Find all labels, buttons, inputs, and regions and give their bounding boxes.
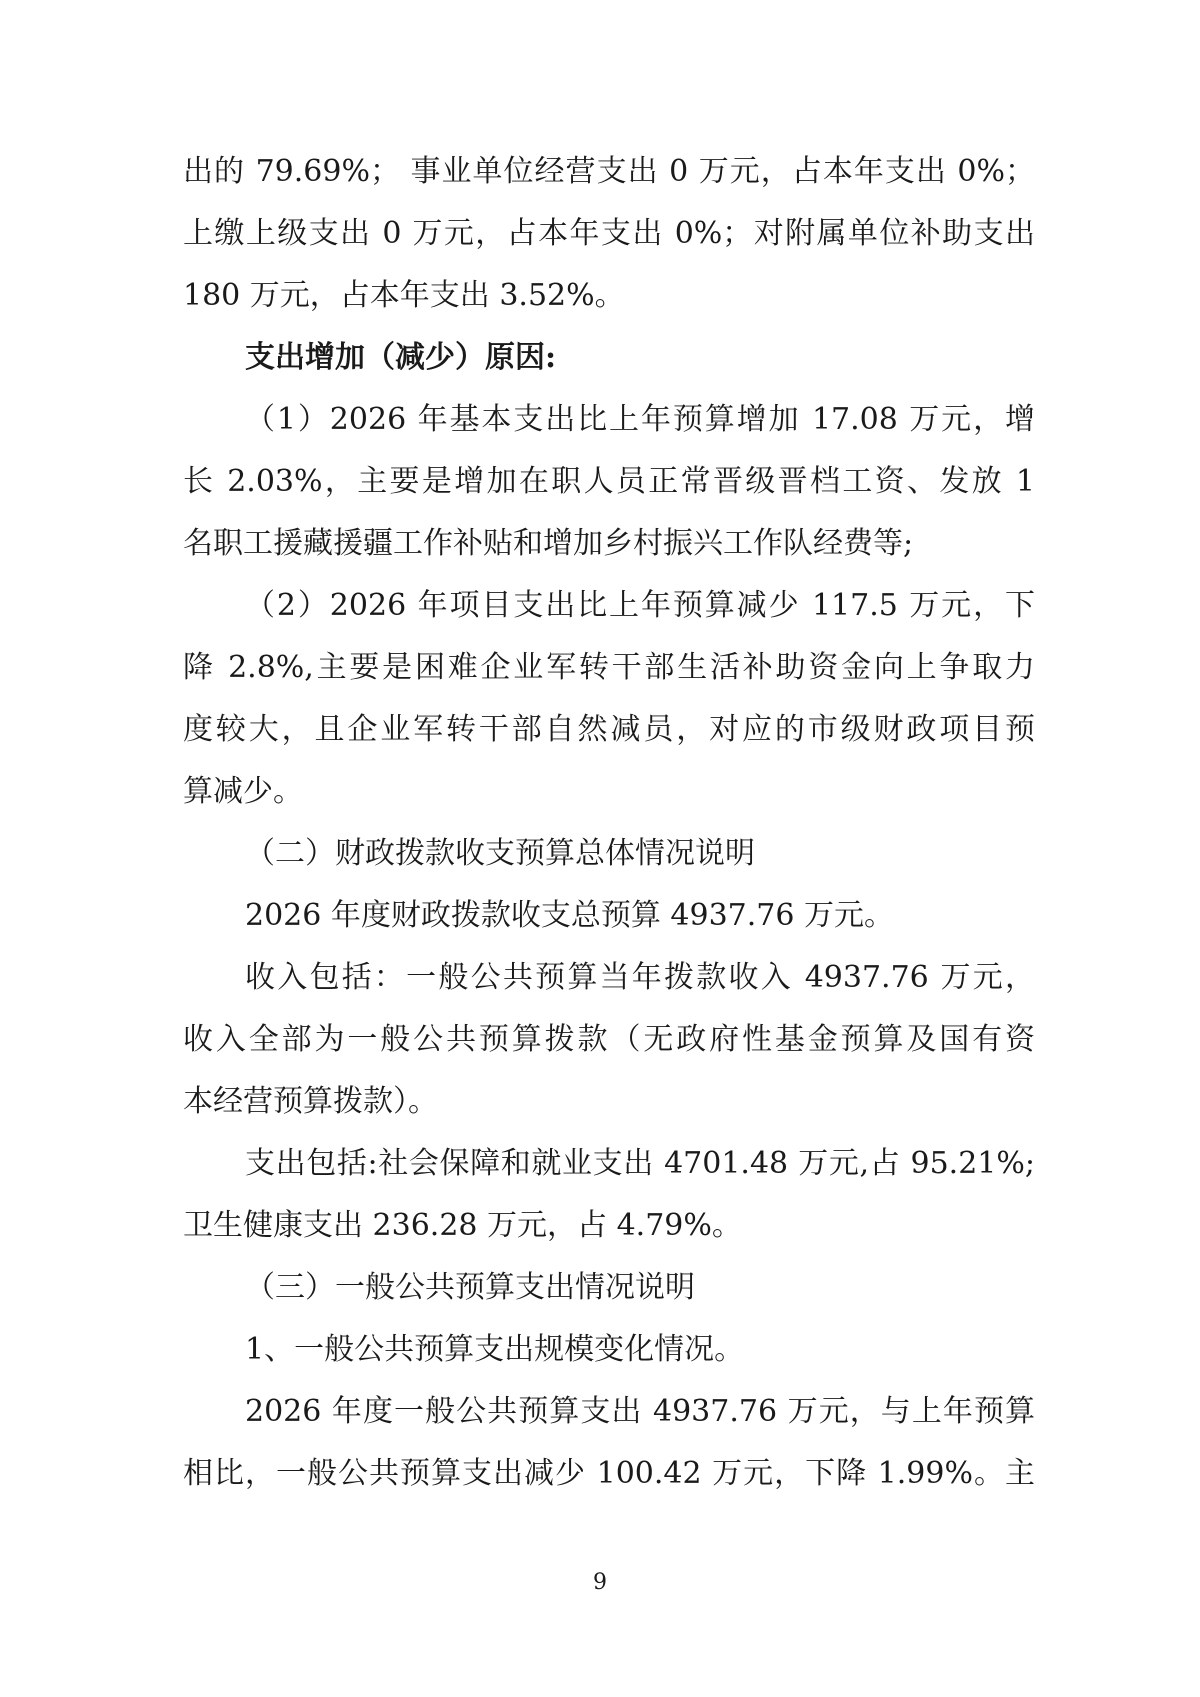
text-line: 2026 年度一般公共预算支出 4937.76 万元，与上年预算 xyxy=(183,1381,1035,1443)
text-line: 相比，一般公共预算支出减少 100.42 万元，下降 1.99%。主 xyxy=(183,1443,1035,1505)
text-line: 1、一般公共预算支出规模变化情况。 xyxy=(183,1319,1035,1381)
text-line: 出的 79.69%； 事业单位经营支出 0 万元，占本年支出 0%； xyxy=(183,141,1035,203)
text-line: 本经营预算拨款）。 xyxy=(183,1071,1035,1133)
document-page: 出的 79.69%； 事业单位经营支出 0 万元，占本年支出 0%；上缴上级支出… xyxy=(0,0,1200,1697)
text-line: （2）2026 年项目支出比上年预算减少 117.5 万元，下 xyxy=(183,575,1035,637)
text-line: 支出包括:社会保障和就业支出 4701.48 万元,占 95.21%; xyxy=(183,1133,1035,1195)
page-number: 9 xyxy=(0,1568,1200,1598)
text-line: 卫生健康支出 236.28 万元，占 4.79%。 xyxy=(183,1195,1035,1257)
text-line: 支出增加（减少）原因: xyxy=(183,327,1035,389)
text-line: 名职工援藏援疆工作补贴和增加乡村振兴工作队经费等; xyxy=(183,513,1035,575)
text-line: 度较大，且企业军转干部自然减员，对应的市级财政项目预 xyxy=(183,699,1035,761)
text-line: 2026 年度财政拨款收支总预算 4937.76 万元。 xyxy=(183,885,1035,947)
text-line: 降 2.8%,主要是困难企业军转干部生活补助资金向上争取力 xyxy=(183,637,1035,699)
text-line: 收入全部为一般公共预算拨款（无政府性基金预算及国有资 xyxy=(183,1009,1035,1071)
text-line: （三）一般公共预算支出情况说明 xyxy=(183,1257,1035,1319)
text-line: （1）2026 年基本支出比上年预算增加 17.08 万元，增 xyxy=(183,389,1035,451)
text-line: 上缴上级支出 0 万元，占本年支出 0%；对附属单位补助支出 xyxy=(183,203,1035,265)
text-line: 180 万元，占本年支出 3.52%。 xyxy=(183,265,1035,327)
text-line: （二）财政拨款收支预算总体情况说明 xyxy=(183,823,1035,885)
text-line: 算减少。 xyxy=(183,761,1035,823)
document-body: 出的 79.69%； 事业单位经营支出 0 万元，占本年支出 0%；上缴上级支出… xyxy=(183,141,1035,1505)
text-line: 收入包括：一般公共预算当年拨款收入 4937.76 万元， xyxy=(183,947,1035,1009)
text-line: 长 2.03%，主要是增加在职人员正常晋级晋档工资、发放 1 xyxy=(183,451,1035,513)
